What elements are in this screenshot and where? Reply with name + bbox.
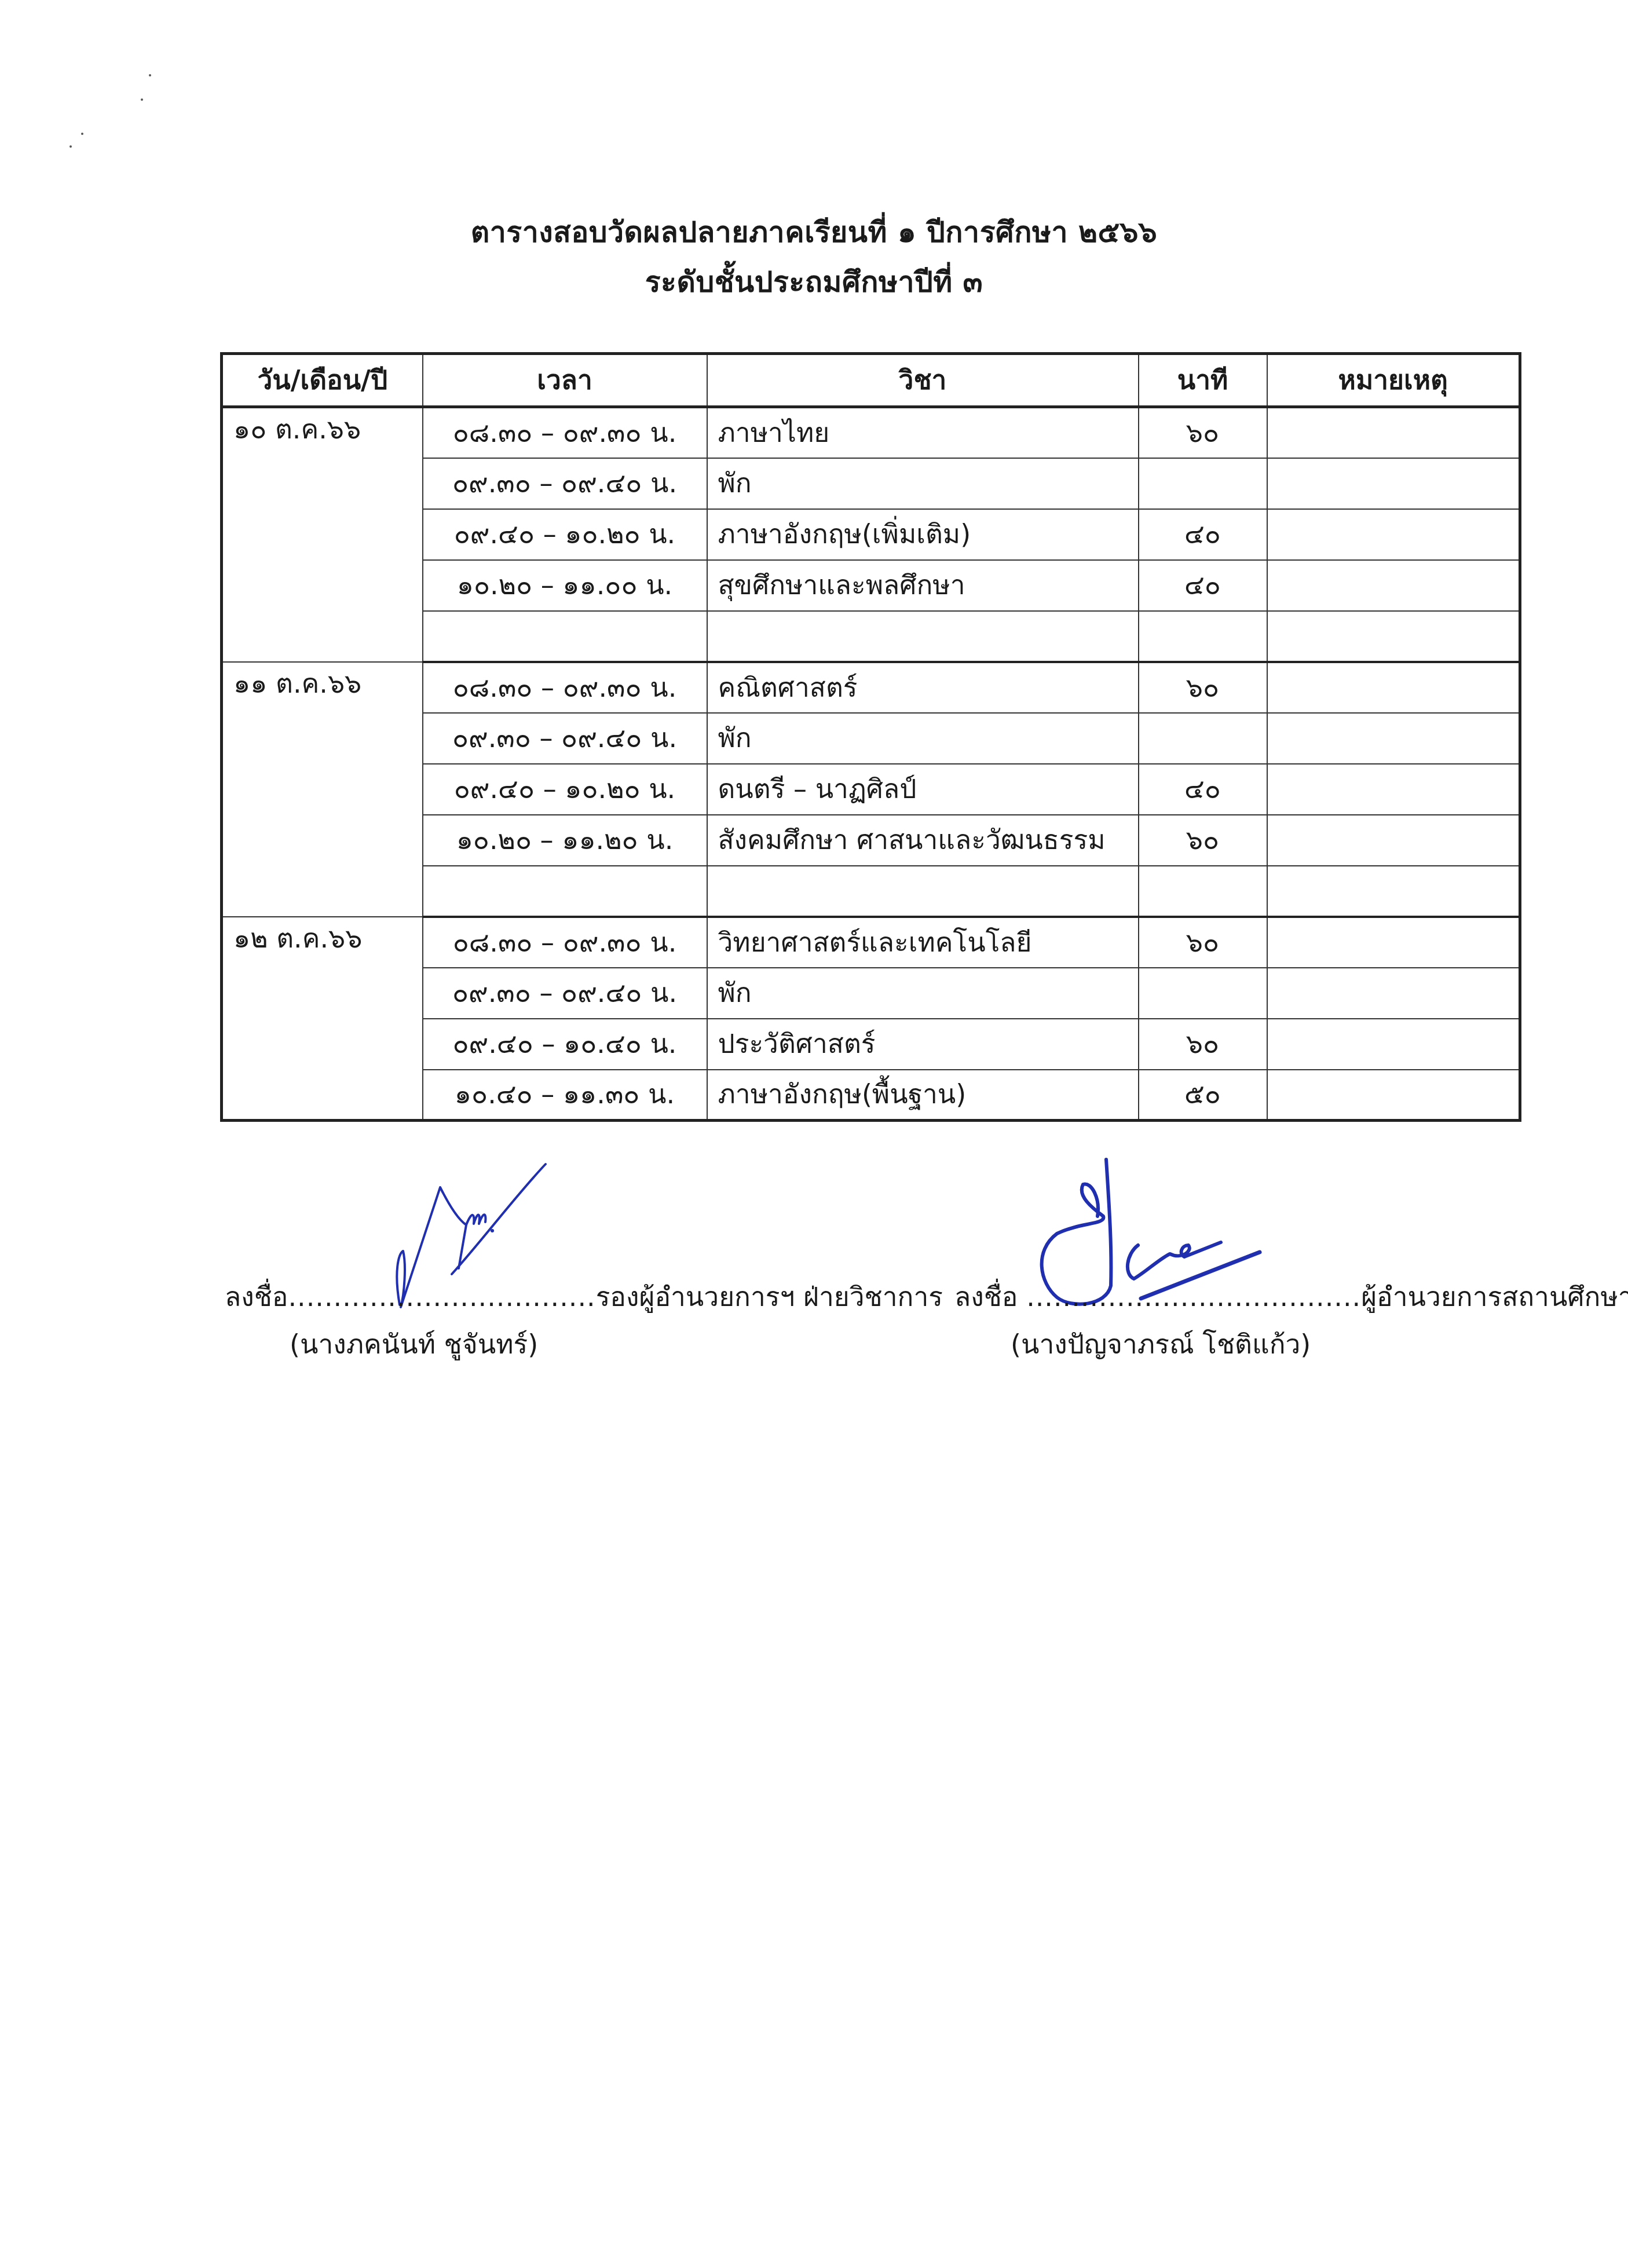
note-cell <box>1267 866 1520 917</box>
header-date: วัน/เดือน/ปี <box>222 354 423 407</box>
header-time: เวลา <box>423 354 707 407</box>
subject-cell: สังคมศึกษา ศาสนาและวัฒนธรรม <box>707 815 1139 866</box>
time-cell: ๐๘.๓๐ – ๐๙.๓๐ น. <box>423 662 707 713</box>
table-row: ๑๐ ต.ค.๖๖๐๘.๓๐ – ๐๙.๓๐ น.ภาษาไทย๖๐ <box>222 407 1520 458</box>
subject-cell <box>707 611 1139 662</box>
sign-dots: .................................. <box>288 1281 596 1312</box>
table-header-row: วัน/เดือน/ปี เวลา วิชา นาที หมายเหตุ <box>222 354 1520 407</box>
minutes-cell: ๔๐ <box>1139 560 1267 611</box>
note-cell <box>1267 662 1520 713</box>
header-subject: วิชา <box>707 354 1139 407</box>
subject-cell: พัก <box>707 968 1139 1019</box>
scan-speck <box>149 74 151 76</box>
subject-cell: พัก <box>707 713 1139 764</box>
sign-label: ลงชื่อ <box>954 1281 1026 1312</box>
time-cell: ๐๙.๔๐ – ๑๐.๒๐ น. <box>423 764 707 815</box>
note-cell <box>1267 1070 1520 1121</box>
time-cell: ๐๘.๓๐ – ๐๙.๓๐ น. <box>423 917 707 968</box>
table-row: ๑๒ ต.ค.๖๖๐๘.๓๐ – ๐๙.๓๐ น.วิทยาศาสตร์และเ… <box>222 917 1520 968</box>
time-cell: ๑๐.๒๐ – ๑๑.๐๐ น. <box>423 560 707 611</box>
time-cell: ๐๙.๓๐ – ๐๙.๔๐ น. <box>423 713 707 764</box>
scan-speck <box>141 98 143 101</box>
subject-cell: วิทยาศาสตร์และเทคโนโลยี <box>707 917 1139 968</box>
subject-cell: พัก <box>707 458 1139 509</box>
minutes-cell <box>1139 713 1267 764</box>
minutes-cell: ๔๐ <box>1139 509 1267 560</box>
minutes-cell: ๖๐ <box>1139 815 1267 866</box>
date-cell: ๑๑ ต.ค.๖๖ <box>222 662 423 917</box>
note-cell <box>1267 764 1520 815</box>
note-cell <box>1267 815 1520 866</box>
note-cell <box>1267 407 1520 458</box>
note-cell <box>1267 560 1520 611</box>
minutes-cell <box>1139 866 1267 917</box>
note-cell <box>1267 509 1520 560</box>
time-cell: ๐๘.๓๐ – ๐๙.๓๐ น. <box>423 407 707 458</box>
time-cell: ๐๙.๓๐ – ๐๙.๔๐ น. <box>423 968 707 1019</box>
document-subtitle: ระดับชั้นประถมศึกษาปีที่ ๓ <box>0 259 1628 305</box>
time-cell <box>423 611 707 662</box>
scan-speck <box>69 145 72 148</box>
signer-name-right: (นางปัญจาภรณ์ โชติแก้ว) <box>1011 1323 1311 1366</box>
subject-cell: ภาษาอังกฤษ(เพิ่มเติม) <box>707 509 1139 560</box>
scan-speck <box>81 133 83 135</box>
header-note: หมายเหตุ <box>1267 354 1520 407</box>
date-cell: ๑๒ ต.ค.๖๖ <box>222 917 423 1121</box>
subject-cell: สุขศึกษาและพลศึกษา <box>707 560 1139 611</box>
note-cell <box>1267 1019 1520 1070</box>
minutes-cell <box>1139 611 1267 662</box>
minutes-cell: ๖๐ <box>1139 407 1267 458</box>
exam-schedule-table: วัน/เดือน/ปี เวลา วิชา นาที หมายเหตุ ๑๐ … <box>220 352 1521 1122</box>
time-cell: ๐๙.๔๐ – ๑๐.๔๐ น. <box>423 1019 707 1070</box>
signer-position: ผู้อำนวยการสถานศึกษา <box>1361 1281 1628 1312</box>
note-cell <box>1267 458 1520 509</box>
note-cell <box>1267 917 1520 968</box>
document-title: ตารางสอบวัดผลปลายภาคเรียนที่ ๑ ปีการศึกษ… <box>0 210 1628 255</box>
time-cell: ๐๙.๔๐ – ๑๐.๒๐ น. <box>423 509 707 560</box>
time-cell <box>423 866 707 917</box>
minutes-cell <box>1139 968 1267 1019</box>
sign-dots: ..................................... <box>1026 1281 1361 1312</box>
subject-cell: ดนตรี – นาฏศิลป์ <box>707 764 1139 815</box>
note-cell <box>1267 713 1520 764</box>
minutes-cell: ๖๐ <box>1139 1019 1267 1070</box>
minutes-cell: ๖๐ <box>1139 662 1267 713</box>
subject-cell: คณิตศาสตร์ <box>707 662 1139 713</box>
subject-cell: ภาษาอังกฤษ(พื้นฐาน) <box>707 1070 1139 1121</box>
signer-name-left: (นางภคนันท์ ชูจันทร์) <box>290 1323 538 1366</box>
minutes-cell: ๔๐ <box>1139 764 1267 815</box>
time-cell: ๐๙.๓๐ – ๐๙.๔๐ น. <box>423 458 707 509</box>
table-row: ๑๑ ต.ค.๖๖๐๘.๓๐ – ๐๙.๓๐ น.คณิตศาสตร์๖๐ <box>222 662 1520 713</box>
subject-cell <box>707 866 1139 917</box>
note-cell <box>1267 968 1520 1019</box>
minutes-cell <box>1139 458 1267 509</box>
header-minutes: นาที <box>1139 354 1267 407</box>
date-cell: ๑๐ ต.ค.๖๖ <box>222 407 423 662</box>
note-cell <box>1267 611 1520 662</box>
signature-left-line: ลงชื่อ..................................… <box>225 1276 943 1318</box>
time-cell: ๑๐.๔๐ – ๑๑.๓๐ น. <box>423 1070 707 1121</box>
time-cell: ๑๐.๒๐ – ๑๑.๒๐ น. <box>423 815 707 866</box>
subject-cell: ภาษาไทย <box>707 407 1139 458</box>
sign-label: ลงชื่อ <box>225 1281 288 1312</box>
subject-cell: ประวัติศาสตร์ <box>707 1019 1139 1070</box>
table-body: ๑๐ ต.ค.๖๖๐๘.๓๐ – ๐๙.๓๐ น.ภาษาไทย๖๐๐๙.๓๐ … <box>222 407 1520 1121</box>
signature-right-line: ลงชื่อ .................................… <box>954 1276 1628 1318</box>
minutes-cell: ๖๐ <box>1139 917 1267 968</box>
minutes-cell: ๕๐ <box>1139 1070 1267 1121</box>
signer-position: รองผู้อำนวยการฯ ฝ่ายวิชาการ <box>596 1281 943 1312</box>
